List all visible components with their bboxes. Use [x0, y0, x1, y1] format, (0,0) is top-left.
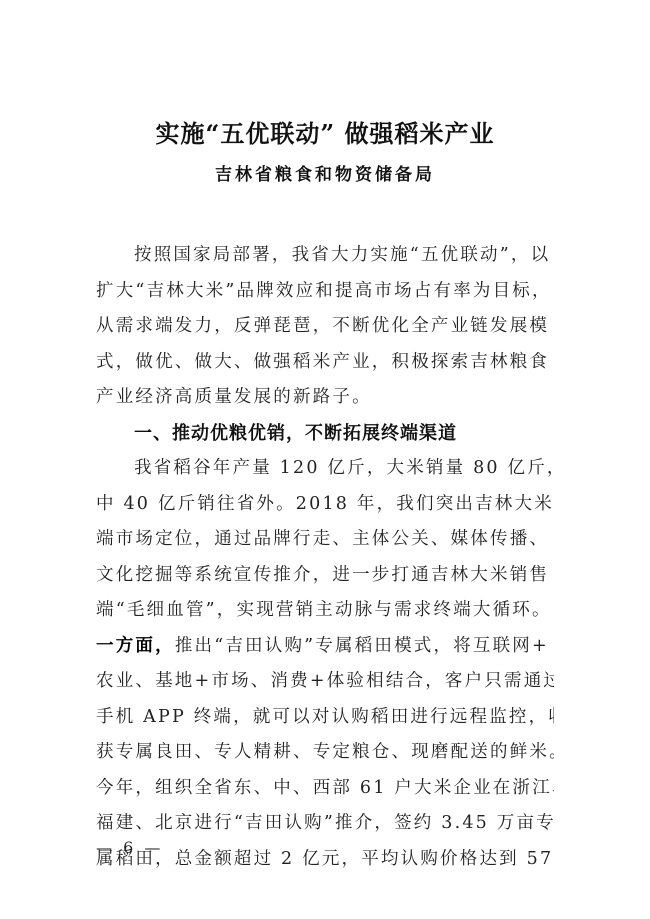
text-line: 按照国家局部署，我省大力实施“五优联动”，以 [96, 238, 554, 274]
intro-paragraph: 按照国家局部署，我省大力实施“五优联动”，以 扩大“吉林大米”品牌效应和提高市场… [96, 238, 554, 416]
document-body: 按照国家局部署，我省大力实施“五优联动”，以 扩大“吉林大米”品牌效应和提高市场… [96, 238, 554, 877]
text-line: 文化挖掘等系统宣传推介，进一步打通吉林大米销售 [96, 558, 554, 594]
text-line: 福建、北京进行“吉田认购”推介，签约 3.45 万亩专 [96, 806, 554, 842]
text-line: 式，做优、做大、做强稻米产业，积极探索吉林粮食 [96, 345, 554, 381]
page-number: — 6 — [96, 838, 163, 857]
sub-paragraph: 一方面，推出“吉田认购”专属稻田模式，将互联网+ 农业、基地+市场、消费+体验相… [96, 629, 554, 878]
text-line: 端市场定位，通过品牌行走、主体公关、媒体传播、 [96, 522, 554, 558]
text-line: 我省稻谷年产量 120 亿斤，大米销量 80 亿斤，其 [96, 451, 554, 487]
document-author: 吉林省粮食和物资储备局 [0, 162, 650, 188]
text-line: 中 40 亿斤销往省外。2018 年，我们突出吉林大米中高 [96, 487, 554, 523]
text-line: 扩大“吉林大米”品牌效应和提高市场占有率为目标， [96, 274, 554, 310]
lead-bold-text: 一方面， [96, 636, 175, 656]
document-page: 实施“五优联动” 做强稻米产业 吉林省粮食和物资储备局 按照国家局部署，我省大力… [0, 0, 650, 919]
text-line: 属稻田，总金额超过 2 亿元，平均认购价格达到 5780 [96, 842, 554, 878]
text-line: 产业经济高质量发展的新路子。 [96, 380, 554, 416]
text-line: 手机 APP 终端，就可以对认购稻田进行远程监控，收 [96, 700, 554, 736]
text-line: 一方面，推出“吉田认购”专属稻田模式，将互联网+ [96, 629, 554, 665]
text-line: 获专属良田、专人精耕、专定粮仓、现磨配送的鲜米。 [96, 735, 554, 771]
section-paragraph: 我省稻谷年产量 120 亿斤，大米销量 80 亿斤，其 中 40 亿斤销往省外。… [96, 451, 554, 629]
text-line: 今年，组织全省东、中、西部 61 户大米企业在浙江、 [96, 771, 554, 807]
text-segment: 推出“吉田认购”专属稻田模式，将互联网+ [175, 636, 549, 656]
document-title: 实施“五优联动” 做强稻米产业 [0, 117, 650, 151]
text-line: 从需求端发力，反弹琵琶，不断优化全产业链发展模 [96, 309, 554, 345]
text-line: 农业、基地+市场、消费+体验相结合，客户只需通过 [96, 664, 554, 700]
section-heading: 一、推动优粮优销，不断拓展终端渠道 [96, 416, 554, 452]
text-line: 端“毛细血管”，实现营销主动脉与需求终端大循环。 [96, 593, 554, 629]
